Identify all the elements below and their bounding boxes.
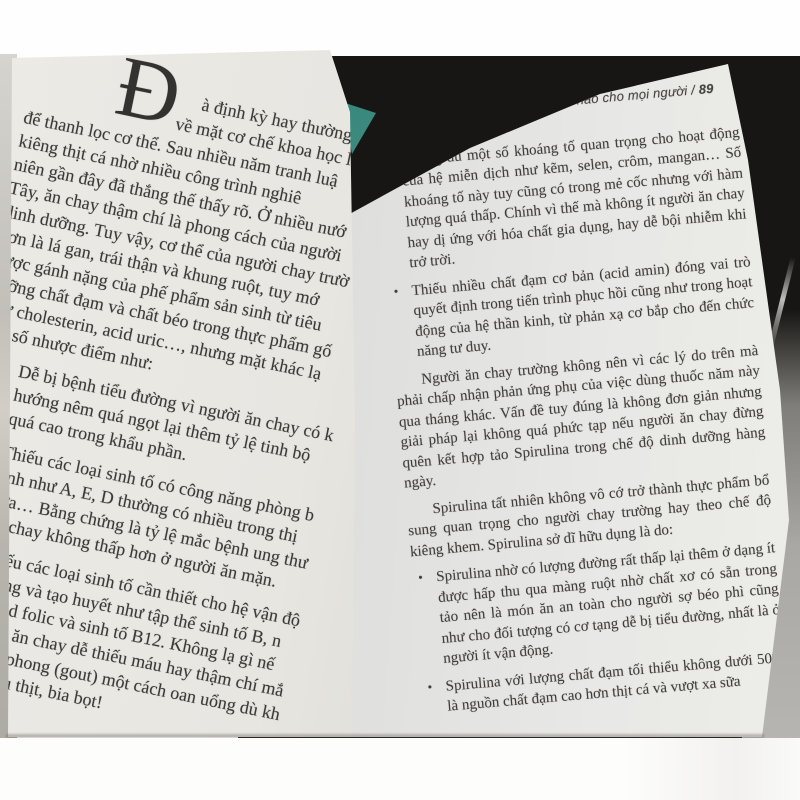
- bullet-marker: •: [393, 281, 399, 302]
- book-photo: SPIRULINA - Dưỡng chất hoàn hảo cho mọi …: [0, 0, 800, 800]
- page-number: 89: [698, 81, 714, 97]
- bullet-marker: •: [427, 677, 433, 698]
- paragraph: Người ăn chay trường không nên vì các lý…: [395, 340, 768, 494]
- table-surface: [0, 738, 800, 800]
- bullet-marker: •: [417, 567, 423, 588]
- right-page-body: • Không đủ một số khoáng tố quan trọng c…: [376, 122, 795, 720]
- right-page-text: SPIRULINA - Dưỡng chất hoàn hảo cho mọi …: [372, 76, 796, 726]
- bullet-text: Spirulina nhờ có lượng đường rất thấp lạ…: [436, 540, 781, 667]
